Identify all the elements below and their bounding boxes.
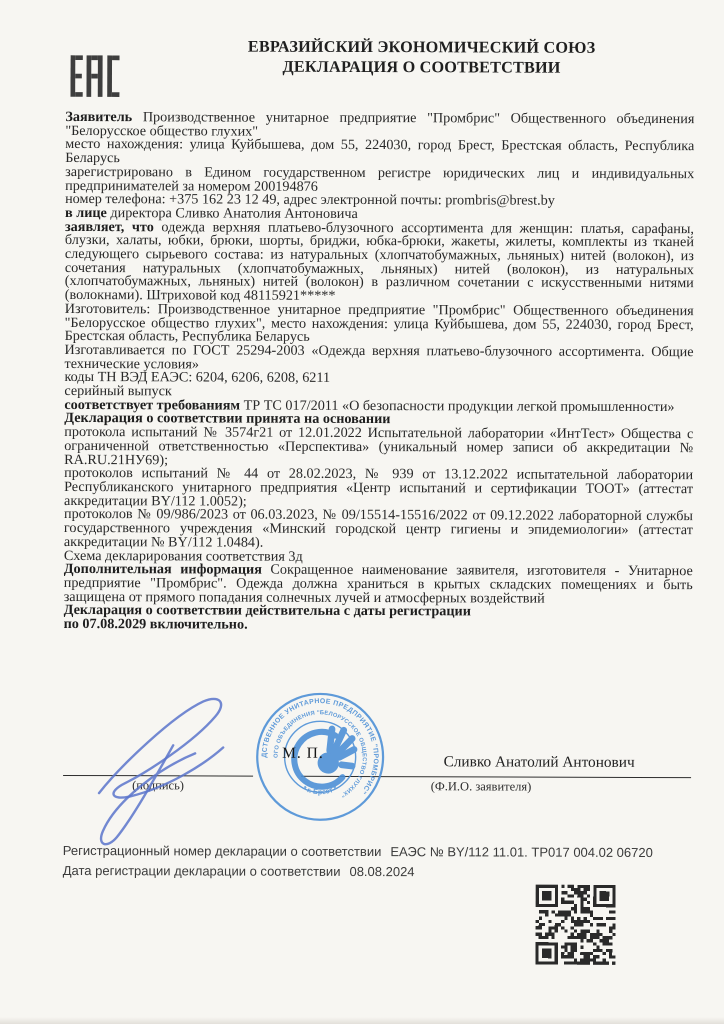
document-header: ЕВРАЗИЙСКИЙ ЭКОНОМИЧЕСКИЙ СОЮЗ ДЕКЛАРАЦИ… bbox=[122, 36, 722, 78]
body-paragraph: протоколов № 09/986/2023 от 06.03.2023, … bbox=[64, 508, 693, 551]
registration-footer: Регистрационный номер декларации о соотв… bbox=[63, 841, 653, 882]
body-paragraph: протоколов испытаний № 44 от 28.02.2023,… bbox=[64, 467, 693, 510]
body-paragraph: Изготовитель: Производственное унитарное… bbox=[65, 303, 694, 346]
registration-date-row: Дата регистрации декларации о соответств… bbox=[63, 860, 653, 882]
registration-number-row: Регистрационный номер декларации о соотв… bbox=[63, 841, 653, 863]
eac-mark-icon bbox=[70, 55, 119, 99]
body-paragraph: заявляет, что одежда верхняя платьево-бл… bbox=[65, 221, 694, 305]
qr-code bbox=[535, 885, 615, 965]
registration-date-value: 08.08.2024 bbox=[349, 863, 414, 878]
header-union-title: ЕВРАЗИЙСКИЙ ЭКОНОМИЧЕСКИЙ СОЮЗ bbox=[122, 36, 722, 58]
registration-date-label: Дата регистрации декларации о соответств… bbox=[63, 862, 341, 878]
stamp-place-label: М. П. bbox=[282, 745, 324, 763]
header-declaration-title: ДЕКЛАРАЦИЯ О СООТВЕТСТВИИ bbox=[122, 56, 722, 78]
handwritten-signature-icon bbox=[77, 689, 248, 858]
body-paragraph: протокола испытаний № 3574г21 от 12.01.2… bbox=[64, 426, 693, 469]
body-text: Заявитель Производственное унитарное пре… bbox=[63, 111, 694, 698]
registration-number-value: ЕАЭС № BY/112 11.01. ТР017 004.02 06720 bbox=[390, 844, 653, 860]
body-paragraph: по 07.08.2029 включительно. bbox=[64, 618, 693, 634]
declarant-name: Сливко Анатолий Антонович bbox=[409, 753, 669, 772]
registration-number-label: Регистрационный номер декларации о соотв… bbox=[63, 843, 382, 859]
declarant-caption: (Ф.И.О. заявителя) bbox=[391, 779, 571, 795]
body-paragraph: Дополнительная информация Сокращенное на… bbox=[64, 563, 693, 606]
declaration-document: ЕВРАЗИЙСКИЙ ЭКОНОМИЧЕСКИЙ СОЮЗ ДЕКЛАРАЦИ… bbox=[0, 0, 724, 1024]
